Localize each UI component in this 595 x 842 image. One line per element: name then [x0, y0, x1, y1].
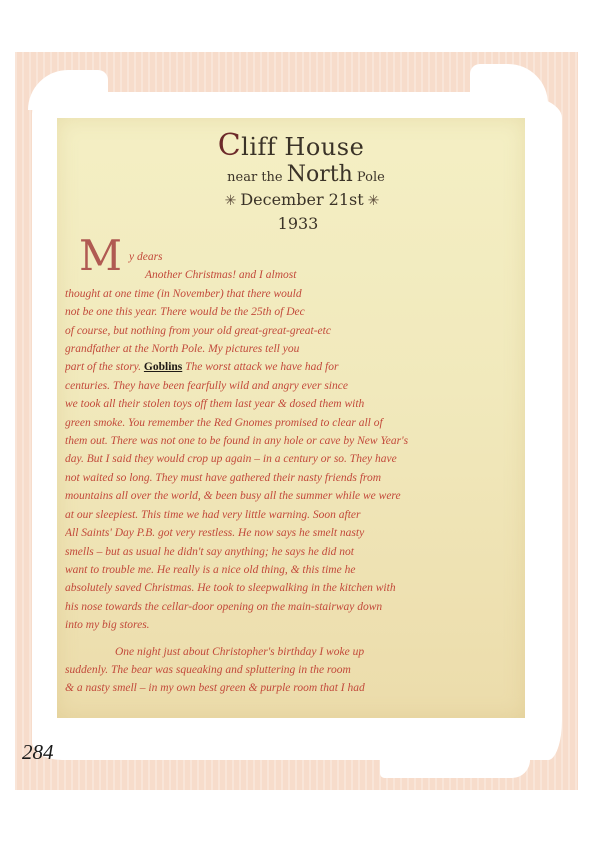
salutation: y dears [65, 248, 517, 266]
page-number: 284 [22, 740, 54, 765]
letter-line: suddenly. The bear was squeaking and spl… [65, 661, 517, 679]
letter-line: at our sleepiest. This time we had very … [65, 506, 517, 524]
letter-line: thought at one time (in November) that t… [65, 285, 517, 303]
star-ornament-icon: ✳ [368, 193, 380, 209]
letter-line: smells – but as usual he didn't say anyt… [65, 543, 517, 561]
letter-line: want to trouble me. He really is a nice … [65, 561, 517, 579]
letter-line: & a nasty smell – in my own best green &… [65, 679, 517, 697]
letter-line: green smoke. You remember the Red Gnomes… [65, 414, 517, 432]
letter-line: centuries. They have been fearfully wild… [65, 377, 517, 395]
letter-line: Another Christmas! and I almost [65, 266, 517, 284]
torn-edge-decoration [380, 760, 530, 778]
letter-line: All Saints' Day P.B. got very restless. … [65, 524, 517, 542]
letter-line: grandfather at the North Pole. My pictur… [65, 340, 517, 358]
letter-year: 1933 [71, 214, 525, 233]
letter-line: not be one this year. There would be the… [65, 303, 517, 321]
letter-address-subtitle: near the North Pole [87, 162, 525, 187]
letter-line: of course, but nothing from your old gre… [65, 322, 517, 340]
letter-line: them out. There was not one to be found … [65, 432, 517, 450]
letter-body: y dears Another Christmas! and I almost … [65, 248, 517, 698]
letter-paper: Cliff House near the North Pole ✳Decembe… [57, 118, 525, 718]
goblins-heading: Goblins [144, 361, 182, 373]
letter-line: not waited so long. They must have gathe… [65, 469, 517, 487]
letter-line: absolutely saved Christmas. He took to s… [65, 579, 517, 597]
letter-date: ✳December 21st✳ [79, 190, 525, 209]
letter-line: day. But I said they would crop up again… [65, 450, 517, 468]
illuminated-capital-c: C [218, 128, 241, 163]
letter-line: One night just about Christopher's birth… [65, 643, 517, 661]
letter-line: mountains all over the world, & been bus… [65, 487, 517, 505]
letter-line: we took all their stolen toys off them l… [65, 395, 517, 413]
letter-line: part of the story. Goblins The worst att… [65, 358, 517, 376]
letter-line: into my big stores. [65, 616, 517, 634]
star-ornament-icon: ✳ [225, 193, 237, 209]
letter-address-title: Cliff House [57, 128, 525, 163]
letter-line: his nose towards the cellar-door opening… [65, 598, 517, 616]
